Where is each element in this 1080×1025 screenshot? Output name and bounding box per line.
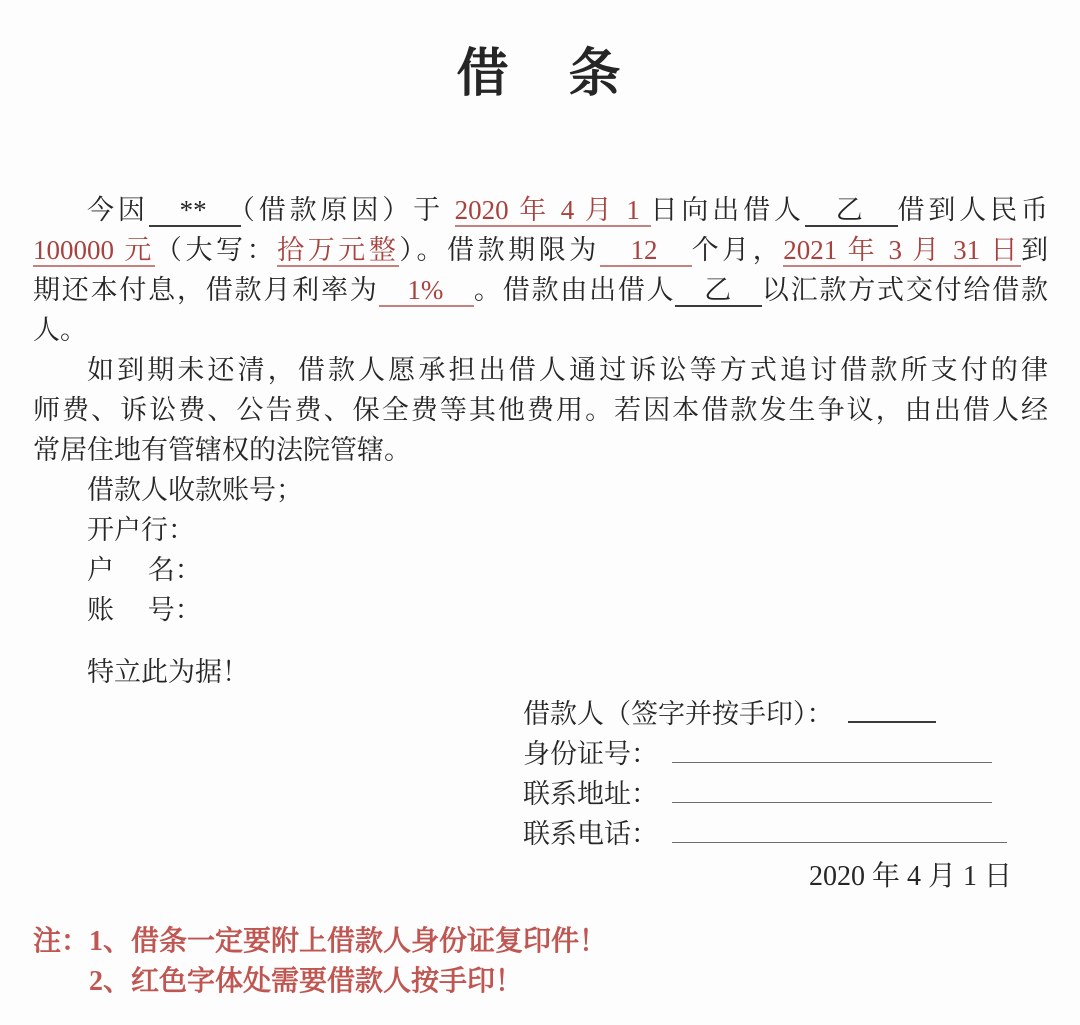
blank-field: 12 — [600, 235, 692, 267]
blank-field: 2020 年 4 月 1 — [455, 195, 651, 227]
signature-label: 借款人（签字并按手印）： — [523, 699, 834, 729]
signature-row: 联系地址： — [523, 774, 1048, 814]
text-run: （大写： — [155, 235, 277, 265]
note-line: 2、红色字体处需要借款人按手印！ — [89, 962, 1048, 1002]
body-line: 常居住地有管辖权的法院管辖。 — [33, 430, 1048, 470]
doc-body: 今因 ** （借款原因）于 2020 年 4 月 1 日向出借人 乙 借到人民币… — [33, 190, 1048, 692]
signature-blank-line — [672, 736, 992, 763]
text-run: 账 号： — [87, 595, 202, 625]
body-line: 如到期未还清，借款人愿承担出借人通过诉讼等方式追讨借款所支付的律 — [33, 350, 1048, 390]
doc-title: 借 条 — [33, 42, 1048, 108]
text-run: （借款原因）于 — [241, 195, 454, 225]
text-run: 如到期未还清，借款人愿承担出借人通过诉讼等方式追讨借款所支付的律 — [87, 355, 1048, 385]
document-page: 借 条 今因 ** （借款原因）于 2020 年 4 月 1 日向出借人 乙 借… — [0, 0, 1080, 1025]
blank-field: 100000 元 — [33, 235, 155, 267]
blank-field: 拾万元整 — [277, 235, 399, 267]
text-run: 。借款由出借人 — [474, 275, 676, 305]
note-line: 注：1、借条一定要附上借款人身份证复印件！ — [33, 922, 1048, 962]
body-line: 今因 ** （借款原因）于 2020 年 4 月 1 日向出借人 乙 借到人民币 — [33, 190, 1048, 230]
signature-label: 身份证号： — [523, 739, 658, 769]
signature-row: 联系电话： — [523, 814, 1048, 854]
notes-block: 注：1、借条一定要附上借款人身份证复印件！ 2、红色字体处需要借款人按手印！ — [33, 922, 1048, 1002]
text-run: 常居住地有管辖权的法院管辖。 — [33, 435, 411, 465]
signature-blank-line — [672, 816, 1007, 843]
doc-date: 2020 年 4 月 1 日 — [33, 856, 1048, 898]
text-run: 期还本付息，借款月利率为 — [33, 275, 379, 305]
body-line: 人。 — [33, 310, 1048, 350]
blank-field: 乙 — [805, 195, 898, 227]
blank-field: ** — [149, 195, 242, 227]
text-run: 特立此为据！ — [87, 657, 249, 687]
text-run: 人。 — [33, 315, 87, 345]
signature-row: 身份证号： — [523, 734, 1048, 774]
body-line: 账 号： — [33, 590, 1048, 630]
body-line: 期还本付息，借款月利率为 1% 。借款由出借人 乙 以汇款方式交付给借款 — [33, 270, 1048, 310]
iou-document: 借 条 今因 ** （借款原因）于 2020 年 4 月 1 日向出借人 乙 借… — [0, 0, 1080, 1002]
text-run: 到 — [1021, 235, 1048, 265]
text-run: 日向出借人 — [651, 195, 805, 225]
text-run: ）。借款期限为 — [399, 235, 599, 265]
text-run: 户 名： — [87, 555, 202, 585]
text-run: 以汇款方式交付给借款 — [762, 275, 1048, 305]
note-prefix: 注： — [33, 926, 89, 957]
body-line: 100000 元（大写：拾万元整）。借款期限为 12 个月，2021 年 3 月… — [33, 230, 1048, 270]
body-line: 师费、诉讼费、公告费、保全费等其他费用。若因本借款发生争议，由出借人经 — [33, 390, 1048, 430]
signature-label: 联系电话： — [523, 819, 658, 849]
blank-field: 乙 — [675, 275, 761, 307]
note-item: 2、红色字体处需要借款人按手印！ — [89, 966, 523, 997]
text-run: 借款人收款账号； — [87, 475, 303, 505]
body-line: 户 名： — [33, 550, 1048, 590]
body-line: 借款人收款账号； — [33, 470, 1048, 510]
note-item: 1、借条一定要附上借款人身份证复印件！ — [89, 926, 607, 957]
blank-field: 1% — [379, 275, 474, 307]
text-run: 借到人民币 — [898, 195, 1049, 225]
signature-blank-line — [848, 695, 936, 723]
signature-block: 借款人（签字并按手印）：身份证号：联系地址：联系电话： — [523, 694, 1048, 854]
text-run: 个月， — [692, 235, 784, 265]
signature-label: 联系地址： — [523, 779, 658, 809]
text-run: 开户行： — [87, 515, 195, 545]
body-line: 开户行： — [33, 510, 1048, 550]
signature-blank-line — [672, 776, 992, 803]
signature-row: 借款人（签字并按手印）： — [523, 694, 1048, 734]
text-run: 师费、诉讼费、公告费、保全费等其他费用。若因本借款发生争议，由出借人经 — [33, 395, 1048, 425]
blank-field: 2021 年 3 月 31 日 — [783, 235, 1021, 267]
text-run: 今因 — [87, 195, 149, 225]
body-line: 特立此为据！ — [33, 652, 1048, 692]
